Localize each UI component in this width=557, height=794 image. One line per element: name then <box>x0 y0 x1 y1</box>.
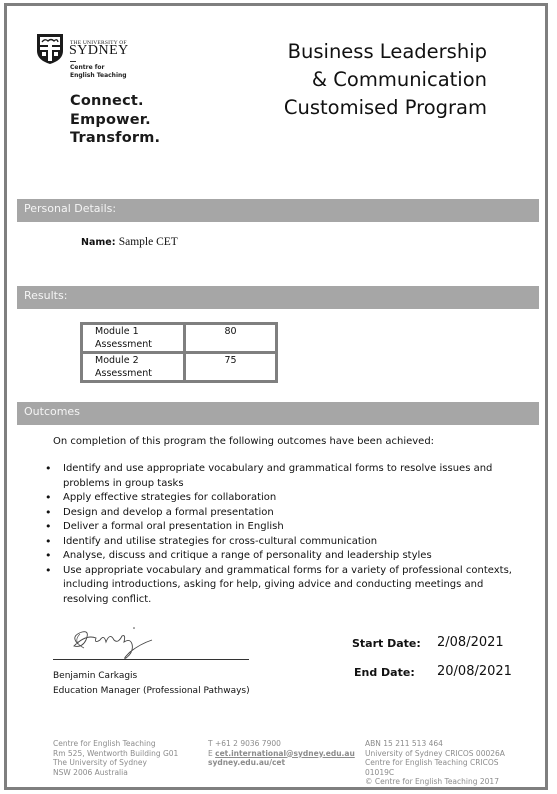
list-item: Design and develop a formal presentation <box>45 506 525 521</box>
footer-email-link[interactable]: cet.international@sydney.edu.au <box>215 749 355 758</box>
tagline: Connect. Empower. Transform. <box>70 92 160 148</box>
university-crest-icon <box>36 33 64 65</box>
module-cell: Module 1 Assessment <box>82 324 185 353</box>
name-row: Name: Sample CET <box>81 236 178 248</box>
signature-line <box>53 659 249 660</box>
centre-line-2: English Teaching <box>70 72 127 80</box>
start-date-label: Start Date: <box>352 637 421 650</box>
outcomes-list: Identify and use appropriate vocabulary … <box>45 462 525 607</box>
signatory-role: Education Manager (Professional Pathways… <box>53 684 250 699</box>
signatory: Benjamin Carkagis Education Manager (Pro… <box>53 669 250 699</box>
legal-line: ABN 15 211 513 464 <box>365 739 525 749</box>
title-line: Customised Program <box>284 94 487 122</box>
centre-name: Centre for English Teaching <box>70 64 127 79</box>
name-label: Name: <box>81 237 116 248</box>
module-cell: Module 2 Assessment <box>82 353 185 382</box>
footer-email-row: E cet.international@sydney.edu.au <box>208 749 355 759</box>
name-value: Sample CET <box>119 236 178 248</box>
signatory-name: Benjamin Carkagis <box>53 669 250 684</box>
address-line: NSW 2006 Australia <box>53 768 178 778</box>
start-date-value: 2/08/2021 <box>437 635 504 650</box>
logo-divider <box>70 61 76 62</box>
tagline-line: Transform. <box>70 129 160 148</box>
tagline-line: Connect. <box>70 92 160 111</box>
end-date-label: End Date: <box>354 666 415 679</box>
table-row: Module 1 Assessment 80 <box>82 324 277 353</box>
title-line: Business Leadership <box>284 38 487 66</box>
list-item: Identify and use appropriate vocabulary … <box>45 462 525 491</box>
program-title: Business Leadership & Communication Cust… <box>284 38 487 122</box>
section-header-personal: Personal Details: <box>17 199 539 222</box>
address-line: The University of Sydney <box>53 758 178 768</box>
list-item: Analyse, discuss and critique a range of… <box>45 549 525 564</box>
title-line: & Communication <box>284 66 487 94</box>
end-date-value: 20/08/2021 <box>437 664 512 679</box>
footer-legal: ABN 15 211 513 464 University of Sydney … <box>365 739 525 787</box>
tagline-line: Empower. <box>70 111 160 130</box>
results-table: Module 1 Assessment 80 Module 2 Assessme… <box>80 322 278 383</box>
signature-icon <box>60 622 180 662</box>
legal-line: Centre for English Teaching CRICOS 01019… <box>365 758 525 777</box>
outcomes-intro: On completion of this program the follow… <box>53 436 434 447</box>
footer-website-link[interactable]: sydney.edu.au/cet <box>208 758 355 768</box>
footer-address: Centre for English Teaching Rm 525, Went… <box>53 739 178 777</box>
list-item: Deliver a formal oral presentation in En… <box>45 520 525 535</box>
section-header-results: Results: <box>17 286 539 309</box>
legal-line: © Centre for English Teaching 2017 <box>365 777 525 787</box>
footer-phone: T +61 2 9036 7900 <box>208 739 355 749</box>
list-item: Use appropriate vocabulary and grammatic… <box>45 564 525 608</box>
centre-line-1: Centre for <box>70 64 127 72</box>
address-line: Centre for English Teaching <box>53 739 178 749</box>
legal-line: University of Sydney CRICOS 00026A <box>365 749 525 759</box>
university-name: SYDNEY <box>69 44 129 58</box>
list-item: Identify and utilise strategies for cros… <box>45 535 525 550</box>
address-line: Rm 525, Wentworth Building G01 <box>53 749 178 759</box>
list-item: Apply effective strategies for collabora… <box>45 491 525 506</box>
footer-contact: T +61 2 9036 7900 E cet.international@sy… <box>208 739 355 768</box>
score-cell: 75 <box>185 353 277 382</box>
section-header-outcomes: Outcomes <box>17 402 539 425</box>
score-cell: 80 <box>185 324 277 353</box>
table-row: Module 2 Assessment 75 <box>82 353 277 382</box>
